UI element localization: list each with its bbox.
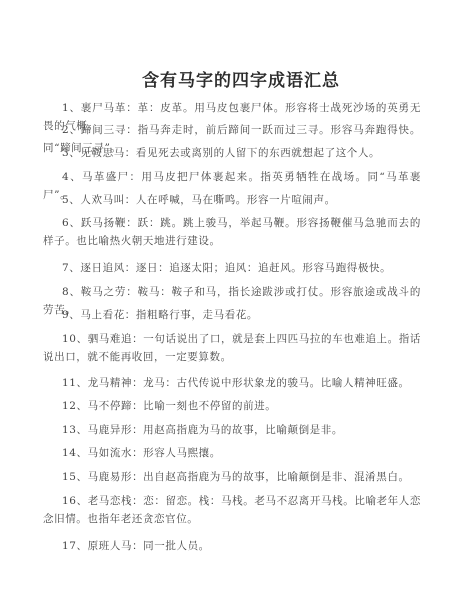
item-number: 13、 bbox=[62, 424, 88, 436]
item-text: 跃马扬鞭：跃：跳。跳上骏马，举起马鞭。形容扬鞭催马急驰而去的样子。也比喻热火朝天… bbox=[43, 217, 421, 247]
list-item: 14、马如流水：形容人马熙攘。 bbox=[43, 444, 421, 462]
list-item: 6、跃马扬鞭：跃：跳。跳上骏马，举起马鞭。形容扬鞭催马急驰而去的样子。也比喻热火… bbox=[43, 214, 421, 250]
item-text: 见鞍思马：看见死去或离别的人留下的东西就想起了这个人。 bbox=[80, 147, 380, 159]
item-number: 4、 bbox=[62, 171, 82, 183]
item-number: 10、 bbox=[62, 333, 88, 345]
item-text: 马鹿易形：出自赵高指鹿为马的故事，比喻颠倒是非、混淆黑白。 bbox=[88, 471, 410, 483]
item-number: 3、 bbox=[62, 147, 80, 159]
item-text: 马如流水：形容人马熙攘。 bbox=[88, 447, 221, 459]
list-item: 15、马鹿易形：出自赵高指鹿为马的故事，比喻颠倒是非、混淆黑白。 bbox=[43, 468, 421, 486]
item-number: 17、 bbox=[62, 540, 88, 552]
document-title: 含有马字的四字成语汇总 bbox=[19, 66, 463, 91]
item-number: 1、 bbox=[62, 102, 81, 114]
item-text: 人欢马叫：人在呼喊，马在嘶鸣。形容一片喧闹声。 bbox=[80, 194, 335, 206]
item-number: 6、 bbox=[62, 217, 81, 229]
list-item: 11、龙马精神：龙马：古代传说中形状象龙的骏马。比喻人精神旺盛。 bbox=[43, 374, 421, 392]
item-text: 马鹿异形：用赵高指鹿为马的故事，比喻颠倒是非。 bbox=[88, 424, 343, 436]
list-item: 17、原班人马：同一批人员。 bbox=[43, 537, 421, 555]
list-item: 12、马不停蹄：比喻一刻也不停留的前进。 bbox=[43, 397, 421, 415]
item-text: 马不停蹄：比喻一刻也不停留的前进。 bbox=[88, 400, 277, 412]
item-number: 7、 bbox=[62, 262, 80, 274]
item-number: 5、 bbox=[62, 194, 80, 206]
item-text: 马上看花：指粗略行事，走马看花。 bbox=[80, 309, 258, 321]
list-item: 3、见鞍思马：看见死去或离别的人留下的东西就想起了这个人。 bbox=[43, 144, 421, 162]
item-text: 龙马精神：龙马：古代传说中形状象龙的骏马。比喻人精神旺盛。 bbox=[88, 377, 410, 389]
list-item: 13、马鹿异形：用赵高指鹿为马的故事，比喻颠倒是非。 bbox=[43, 421, 421, 439]
list-item: 16、老马恋栈：恋：留恋。栈：马栈。老马不忍离开马栈。比喻老年人恋念旧情。也指年… bbox=[43, 492, 421, 528]
item-text: 原班人马：同一批人员。 bbox=[88, 540, 210, 552]
item-number: 15、 bbox=[62, 471, 88, 483]
document-page: 含有马字的四字成语汇总 1、裹尸马革：革：皮革。用马皮包裹尸体。形容将士战死沙场… bbox=[0, 0, 463, 600]
item-text: 驷马难追：一句话说出了口，就是套上四匹马拉的车也难追上。指话说出口，就不能再收回… bbox=[43, 333, 421, 363]
item-text: 老马恋栈：恋：留恋。栈：马栈。老马不忍离开马栈。比喻老年人恋念旧情。也指年老还贪… bbox=[43, 495, 421, 525]
item-number: 16、 bbox=[62, 495, 88, 507]
list-item: 7、逐日追风：逐日：追逐太阳；追风：追赶风。形容马跑得极快。 bbox=[43, 259, 421, 277]
list-item: 10、驷马难追：一句话说出了口，就是套上四匹马拉的车也难追上。指话说出口，就不能… bbox=[43, 330, 421, 366]
item-number: 11、 bbox=[62, 377, 88, 389]
item-number: 2、 bbox=[62, 124, 81, 136]
list-item: 5、人欢马叫：人在呼喊，马在嘶鸣。形容一片喧闹声。 bbox=[43, 191, 421, 209]
item-number: 12、 bbox=[62, 400, 88, 412]
item-number: 14、 bbox=[62, 447, 88, 459]
item-number: 8、 bbox=[62, 286, 81, 298]
list-item: 9、马上看花：指粗略行事，走马看花。 bbox=[43, 306, 421, 324]
item-text: 逐日追风：逐日：追逐太阳；追风：追赶风。形容马跑得极快。 bbox=[80, 262, 391, 274]
item-number: 9、 bbox=[62, 309, 80, 321]
